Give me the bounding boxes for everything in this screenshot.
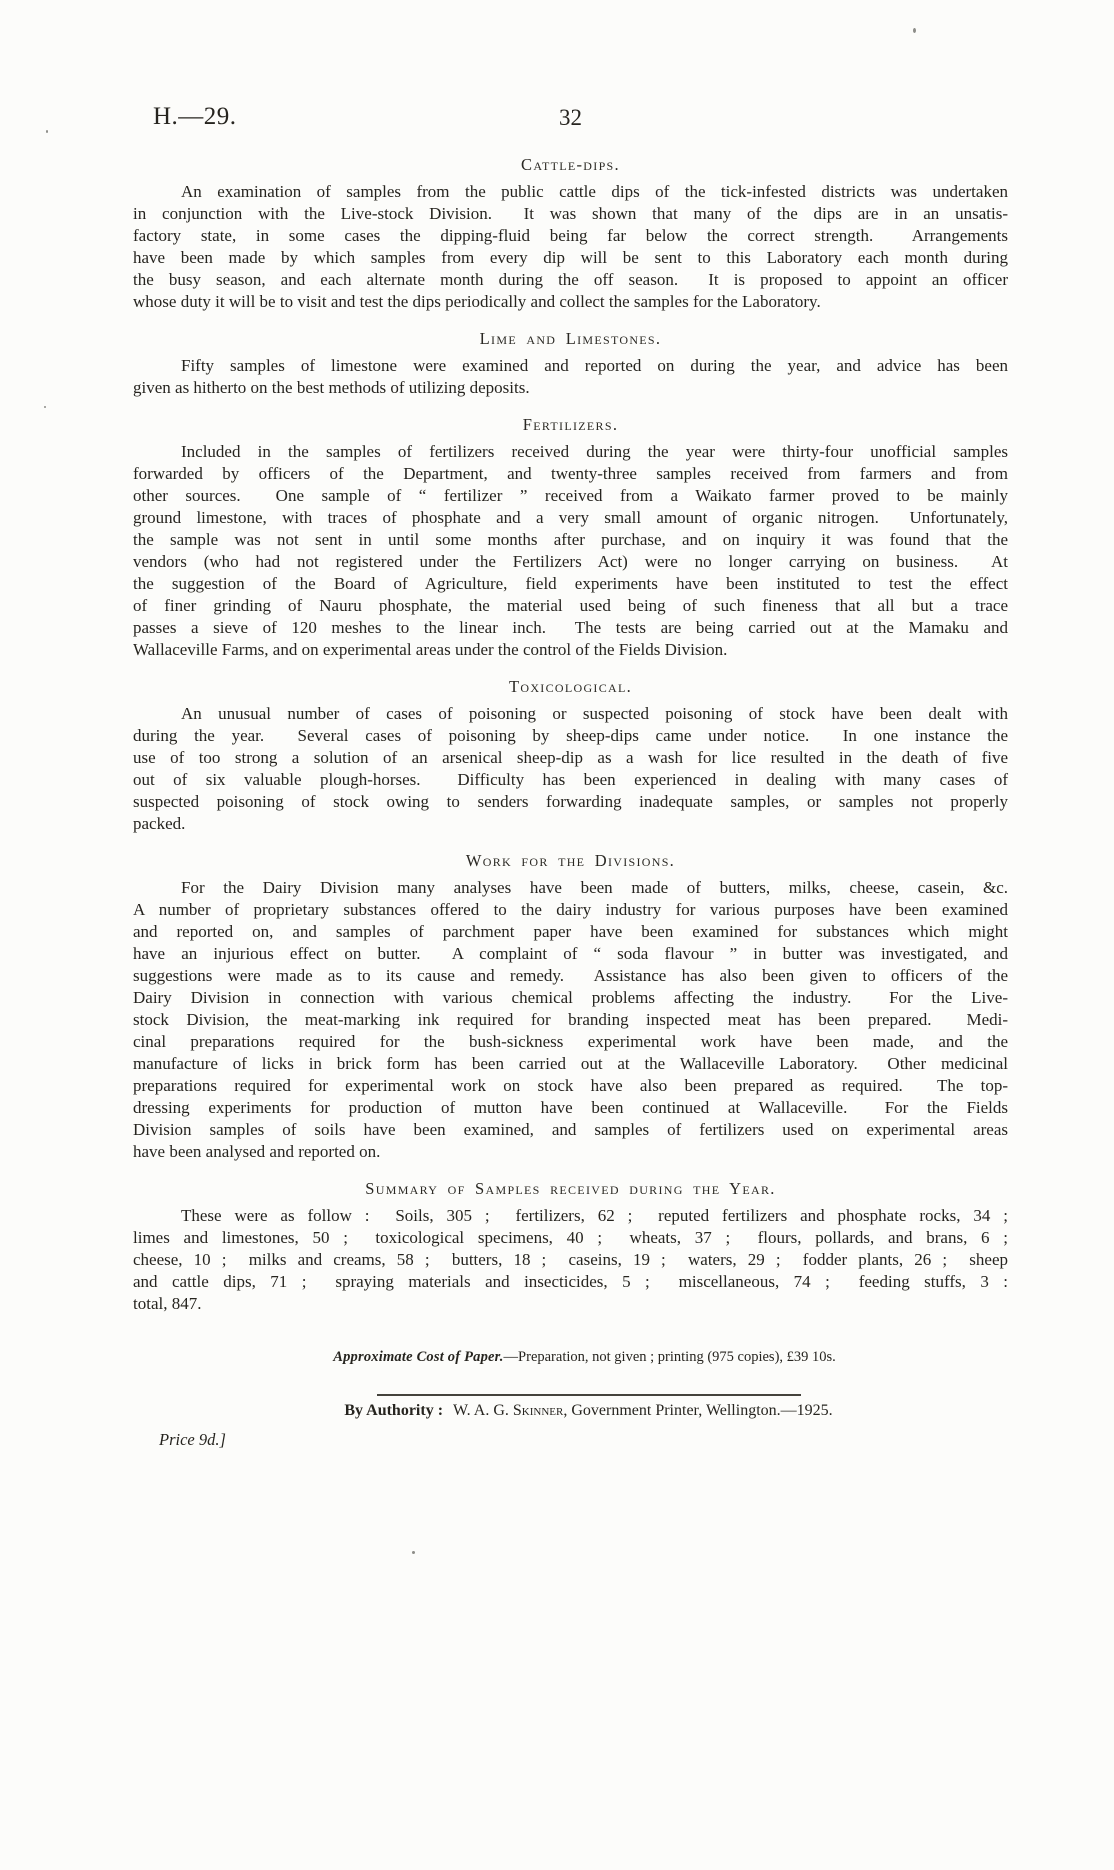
document-page: H.—29. 32 Cattle-dips. An examination of… [0, 0, 1114, 1870]
text-line: ground limestone, with traces of phospha… [133, 507, 1008, 529]
text-line: and cattle dips, 71 ; spraying materials… [133, 1271, 1008, 1293]
text-line: cinal preparations required for the bush… [133, 1031, 1008, 1053]
scan-speck [913, 28, 916, 33]
section-cattle-dips: Cattle-dips. An examination of samples f… [133, 155, 1008, 313]
text-line: Fifty samples of limestone were examined… [133, 355, 1008, 377]
text-line: other sources. One sample of “ fertilize… [133, 485, 1008, 507]
text-line: and reported on, and samples of parchmen… [133, 921, 1008, 943]
cost-of-paper-note: Approximate Cost of Paper.—Preparation, … [147, 1349, 1022, 1366]
text-line: passes a sieve of 120 meshes to the line… [133, 617, 1008, 639]
paragraph: For the Dairy Division many analyses hav… [133, 877, 1008, 1163]
text-line: Included in the samples of fertilizers r… [133, 441, 1008, 463]
section-fertilizers: Fertilizers. Included in the samples of … [133, 415, 1008, 661]
text-line: the suggestion of the Board of Agricultu… [133, 573, 1008, 595]
text-line: cheese, 10 ; milks and creams, 58 ; butt… [133, 1249, 1008, 1271]
text-line: Dairy Division in connection with variou… [133, 987, 1008, 1009]
text-line: during the year. Several cases of poison… [133, 725, 1008, 747]
section-heading: Lime and Limestones. [133, 329, 1008, 349]
text-line: use of too strong a solution of an arsen… [133, 747, 1008, 769]
text-line: Division samples of soils have been exam… [133, 1119, 1008, 1141]
text-line: factory state, in some cases the dipping… [133, 225, 1008, 247]
paragraph: An examination of samples from the publi… [133, 181, 1008, 313]
text-line: the sample was not sent in until some mo… [133, 529, 1008, 551]
text-line: have an injurious effect on butter. A co… [133, 943, 1008, 965]
text-line: vendors (who had not registered under th… [133, 551, 1008, 573]
page-header: H.—29. 32 [133, 103, 1008, 139]
text-line: out of six valuable plough-horses. Diffi… [133, 769, 1008, 791]
section-heading: Cattle-dips. [133, 155, 1008, 175]
printer-location-year: , Government Printer, Wellington.—1925. [563, 1402, 832, 1419]
text-line: suspected poisoning of stock owing to se… [133, 791, 1008, 813]
authority-line: By Authority :W. A. G. Skinner, Governme… [151, 1402, 1026, 1420]
page-content: H.—29. 32 Cattle-dips. An examination of… [133, 103, 1008, 1474]
text-line: limes and limestones, 50 ; toxicological… [133, 1227, 1008, 1249]
printer-name: Skinner [513, 1402, 563, 1419]
text-line: have been made by which samples from eve… [133, 247, 1008, 269]
paragraph: Included in the samples of fertilizers r… [133, 441, 1008, 661]
text-line: the busy season, and each alternate mont… [133, 269, 1008, 291]
text-line: For the Dairy Division many analyses hav… [133, 877, 1008, 899]
text-line: A number of proprietary substances offer… [133, 899, 1008, 921]
page-number: 32 [133, 105, 1008, 131]
text-line: total, 847. [133, 1293, 1008, 1315]
section-work-for-divisions: Work for the Divisions. For the Dairy Di… [133, 851, 1008, 1163]
scan-speck [412, 1551, 415, 1554]
text-line: given as hitherto on the best methods of… [133, 377, 1008, 399]
paragraph: An unusual number of cases of poisoning … [133, 703, 1008, 835]
printer-imprint: By Authority :W. A. G. Skinner, Governme… [133, 1394, 1008, 1474]
text-line: have been analysed and reported on. [133, 1141, 1008, 1163]
paragraph: These were as follow : Soils, 305 ; fert… [133, 1205, 1008, 1315]
text-line: packed. [133, 813, 1008, 835]
text-line: forwarded by officers of the Department,… [133, 463, 1008, 485]
text-line: in conjunction with the Live-stock Divis… [133, 203, 1008, 225]
price-label: Price 9d.] [159, 1430, 226, 1450]
scan-speck [44, 406, 46, 408]
section-heading: Fertilizers. [133, 415, 1008, 435]
text-line: dressing experiments for production of m… [133, 1097, 1008, 1119]
scan-speck [46, 130, 48, 133]
cost-of-paper-text: —Preparation, not given ; printing (975 … [504, 1349, 836, 1365]
section-summary-of-samples: Summary of Samples received during the Y… [133, 1179, 1008, 1315]
section-lime-and-limestones: Lime and Limestones. Fifty samples of li… [133, 329, 1008, 399]
text-line: Wallaceville Farms, and on experimental … [133, 639, 1008, 661]
paragraph: Fifty samples of limestone were examined… [133, 355, 1008, 399]
section-heading: Toxicological. [133, 677, 1008, 697]
by-authority-label: By Authority : [344, 1402, 443, 1419]
text-line: suggestions were made as to its cause an… [133, 965, 1008, 987]
text-line: stock Division, the meat-marking ink req… [133, 1009, 1008, 1031]
printer-initials: W. A. G. [453, 1402, 513, 1419]
text-line: An unusual number of cases of poisoning … [133, 703, 1008, 725]
section-heading: Work for the Divisions. [133, 851, 1008, 871]
text-line: These were as follow : Soils, 305 ; fert… [133, 1205, 1008, 1227]
text-line: An examination of samples from the publi… [133, 181, 1008, 203]
imprint-rule [377, 1394, 801, 1396]
text-line: preparations required for experimental w… [133, 1075, 1008, 1097]
text-line: whose duty it will be to visit and test … [133, 291, 1008, 313]
text-line: manufacture of licks in brick form has b… [133, 1053, 1008, 1075]
cost-of-paper-label: Approximate Cost of Paper. [333, 1349, 503, 1365]
text-line: of finer grinding of Nauru phosphate, th… [133, 595, 1008, 617]
section-toxicological: Toxicological. An unusual number of case… [133, 677, 1008, 835]
section-heading: Summary of Samples received during the Y… [133, 1179, 1008, 1199]
